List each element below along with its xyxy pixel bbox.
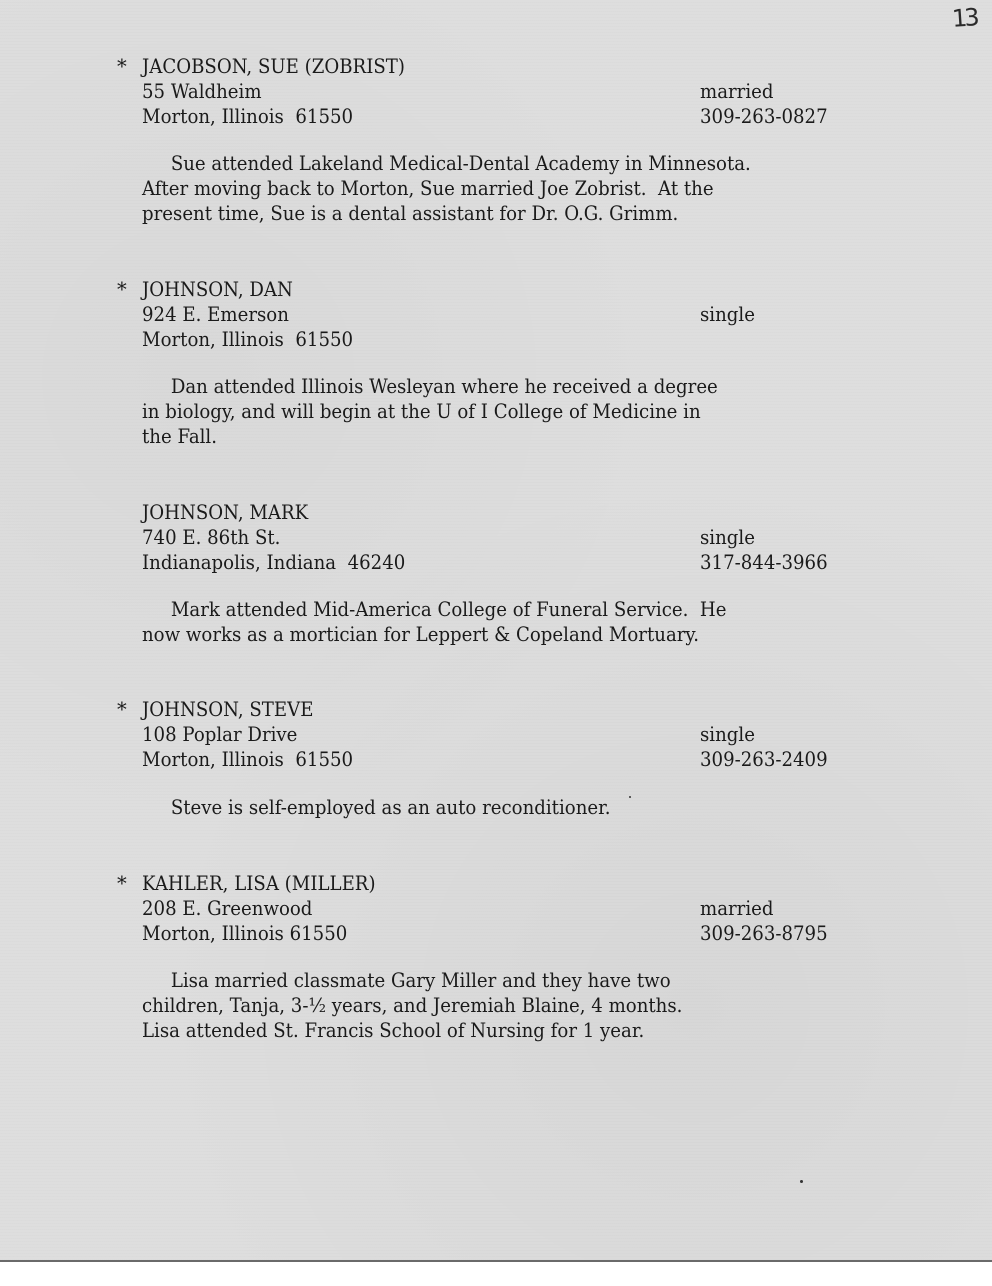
entry-street-address: 208 E. Greenwood: [142, 896, 312, 921]
bio-line: Lisa attended St. Francis School of Nurs…: [142, 1019, 644, 1044]
bio-line: Mark attended Mid-America College of Fun…: [142, 598, 726, 623]
entry-phone: 309-263-0827: [700, 104, 828, 129]
entry-city-state-zip: Morton, Illinois 61550: [142, 921, 347, 946]
entry-marital-status: single: [700, 722, 755, 747]
bio-line: the Fall.: [142, 425, 217, 450]
bio-line: Lisa married classmate Gary Miller and t…: [142, 969, 671, 994]
entry-city-state-zip: Morton, Illinois 61550: [142, 104, 353, 129]
entry-street-address: 55 Waldheim: [142, 79, 262, 104]
entry-name: JACOBSON, SUE (ZOBRIST): [142, 54, 405, 79]
starred-marker: *: [117, 54, 127, 79]
entry-marital-status: married: [700, 79, 773, 104]
entry-street-address: 924 E. Emerson: [142, 302, 289, 327]
entry-marital-status: single: [700, 525, 755, 550]
entry-street-address: 740 E. 86th St.: [142, 525, 280, 550]
entry-phone: 309-263-8795: [700, 921, 828, 946]
entry-phone: 317-844-3966: [700, 550, 828, 575]
scan-speck: [629, 796, 631, 798]
entry-name: JOHNSON, STEVE: [142, 697, 313, 722]
bio-line: After moving back to Morton, Sue married…: [142, 177, 714, 202]
starred-marker: *: [117, 697, 127, 722]
bio-line: Sue attended Lakeland Medical-Dental Aca…: [142, 152, 751, 177]
bio-line: children, Tanja, 3-½ years, and Jeremiah…: [142, 994, 682, 1019]
entry-marital-status: single: [700, 302, 755, 327]
entry-city-state-zip: Morton, Illinois 61550: [142, 327, 353, 352]
bio-line: now works as a mortician for Leppert & C…: [142, 623, 699, 648]
entry-name: JOHNSON, DAN: [142, 277, 293, 302]
scan-speck: [800, 1180, 803, 1183]
entry-street-address: 108 Poplar Drive: [142, 722, 297, 747]
entry-city-state-zip: Indianapolis, Indiana 46240: [142, 550, 405, 575]
starred-marker: *: [117, 871, 127, 896]
entry-city-state-zip: Morton, Illinois 61550: [142, 747, 353, 772]
entry-name: KAHLER, LISA (MILLER): [142, 871, 376, 896]
handwritten-page-number: 13: [951, 3, 977, 33]
bio-line: present time, Sue is a dental assistant …: [142, 202, 678, 227]
entry-name: JOHNSON, MARK: [142, 500, 308, 525]
entry-phone: 309-263-2409: [700, 747, 828, 772]
entry-marital-status: married: [700, 896, 773, 921]
bio-line: in biology, and will begin at the U of I…: [142, 400, 701, 425]
bio-line: Steve is self-employed as an auto recond…: [142, 796, 611, 821]
bio-line: Dan attended Illinois Wesleyan where he …: [142, 375, 718, 400]
document-page: 13 * JACOBSON, SUE (ZOBRIST) 55 Waldheim…: [0, 0, 992, 1262]
starred-marker: *: [117, 277, 127, 302]
